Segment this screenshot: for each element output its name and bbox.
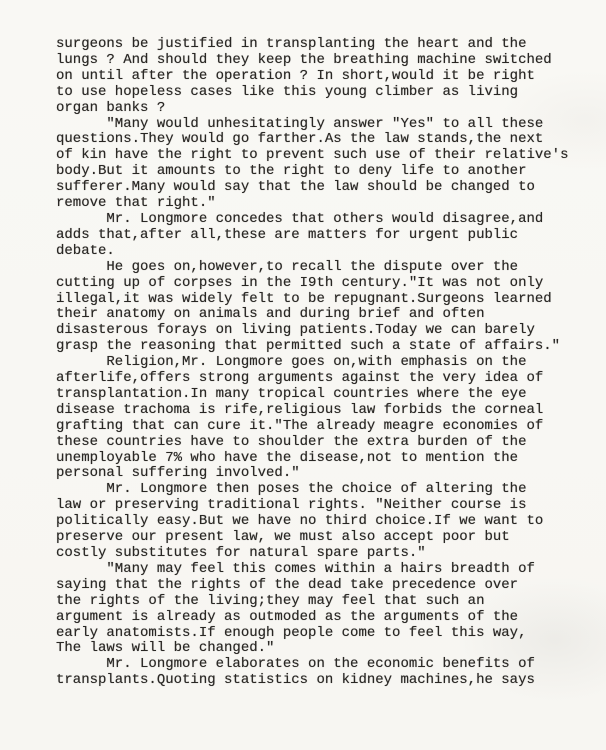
typewritten-text: surgeons be justified in transplanting t…: [56, 37, 568, 689]
document-page: surgeons be justified in transplanting t…: [0, 0, 606, 750]
